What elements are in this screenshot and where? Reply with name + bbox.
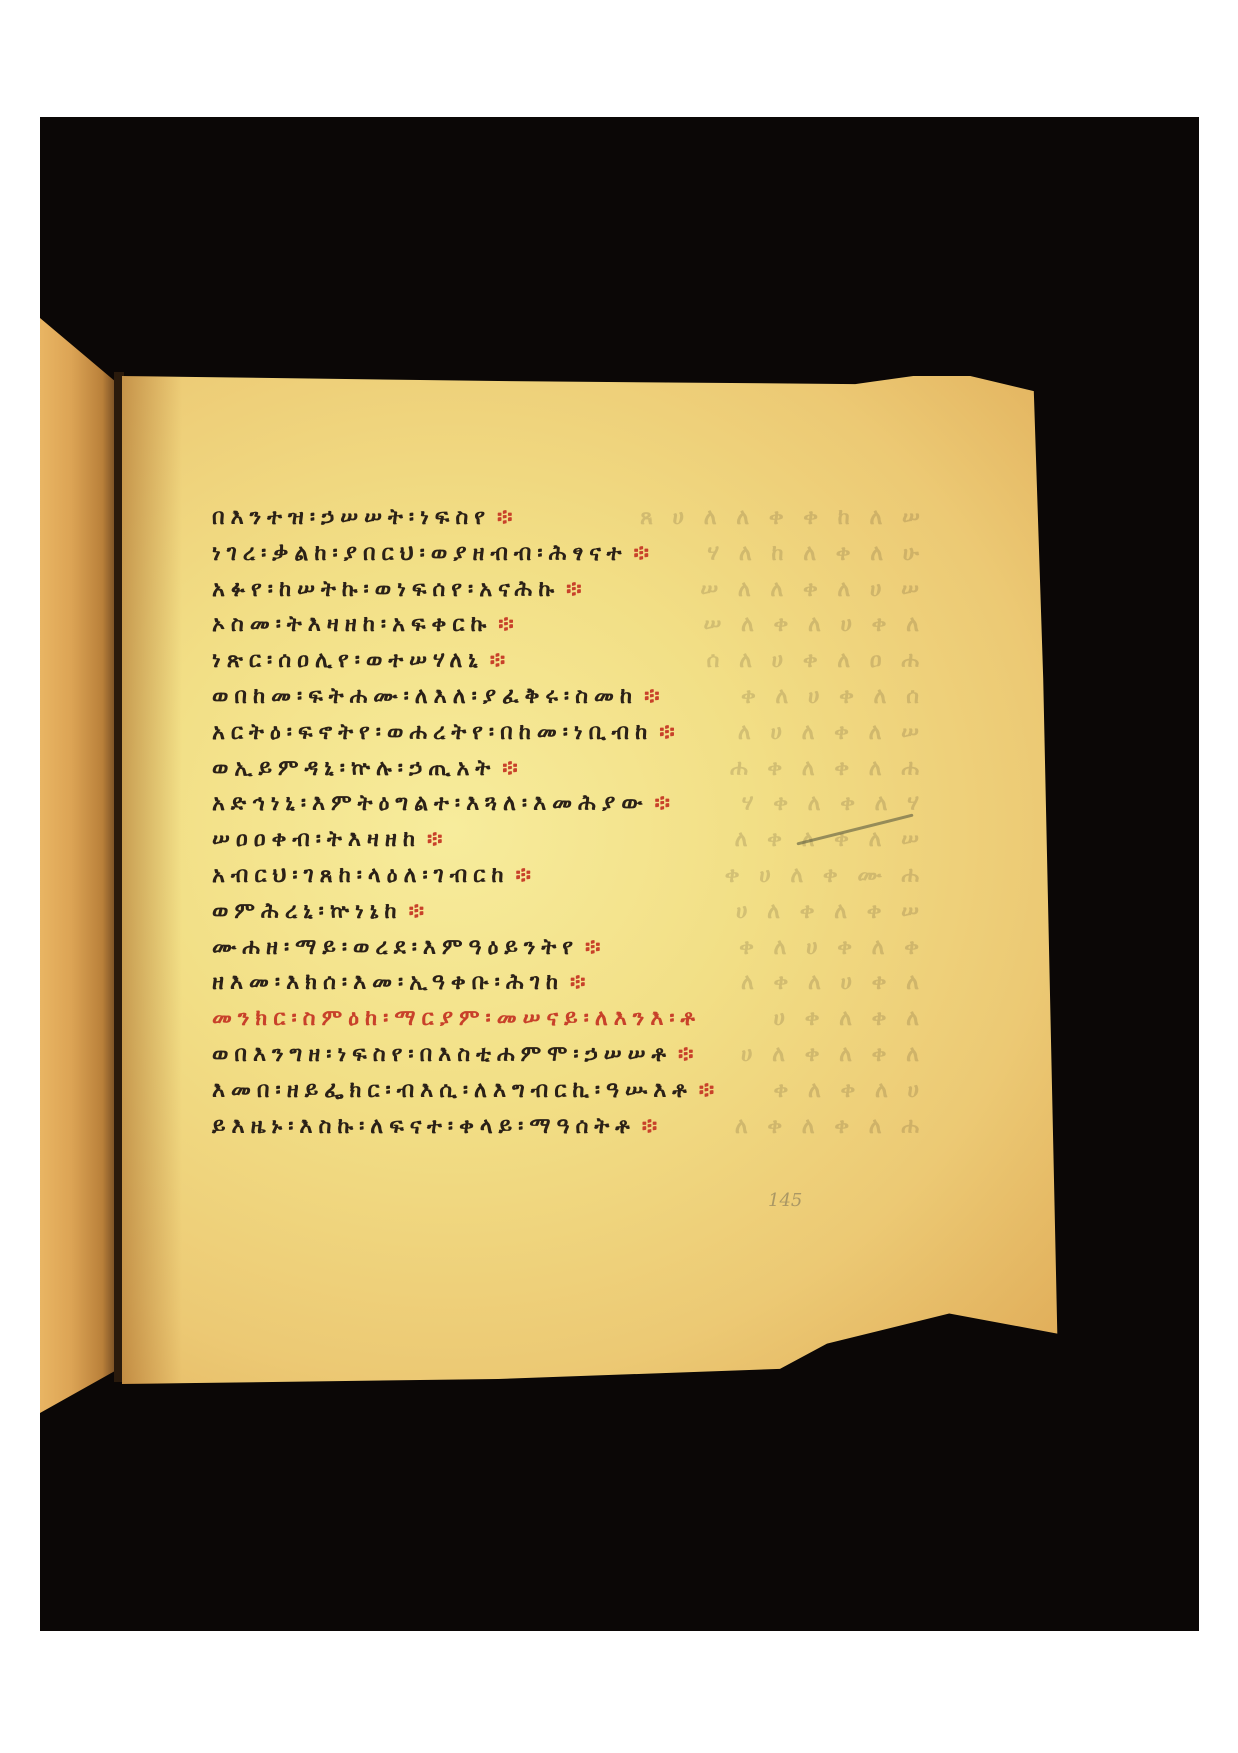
verse-divider-icon: ፨ — [502, 756, 523, 781]
line-text: ነገረ፡ቃልከ፡ያበርህ፡ወያዘብብ፡ሕፃናተ — [212, 541, 627, 566]
text-line: ሠዐዐቀብ፡ትእዛዘከ፨ — [212, 822, 932, 858]
line-text: እመበ፡ዘይፌክር፡ብእሲ፡ለእግብርኪ፡ዓሡእቶ — [212, 1078, 693, 1103]
leaf-gutter-shadow — [122, 376, 182, 1384]
text-line: ወኢይምዳኒ፡ኵሉ፡ኃጢአት፨ — [212, 751, 932, 787]
text-line: ኦስመ፡ትእዛዘከ፡አፍቀርኩ፨ — [212, 607, 932, 643]
line-text: ዘእመ፡እክሰ፡እመ፡ኢዓቀቡ፡ሕገከ — [212, 970, 564, 995]
verse-divider-icon: ፨ — [516, 863, 537, 888]
text-line: ነጽር፡ሰዐሊየ፡ወተሠሃለኒ፨ — [212, 643, 932, 679]
line-text: ነጽር፡ሰዐሊየ፡ወተሠሃለኒ — [212, 648, 484, 673]
verse-divider-icon: ፨ — [654, 791, 675, 816]
verse-divider-icon: ፨ — [644, 684, 665, 709]
verse-divider-icon: ፨ — [659, 720, 680, 745]
text-line: ሙሐዘ፡ማይ፡ወረደ፡እምዓዕይንትየ፨ — [212, 930, 932, 966]
verse-divider-icon: ፨ — [633, 541, 654, 566]
text-line: አፉየ፡ከሠትኩ፡ወነፍሰየ፡አናሕኩ፨ — [212, 572, 932, 608]
line-text: ይእዜኑ፡እስኩ፡ለፍናተ፡ቀላይ፡ማዓሰትቶ — [212, 1114, 636, 1139]
line-text: ወኢይምዳኒ፡ኵሉ፡ኃጢአት — [212, 756, 496, 781]
verse-divider-icon: ፨ — [678, 1042, 699, 1067]
text-line: ይእዜኑ፡እስኩ፡ለፍናተ፡ቀላይ፡ማዓሰትቶ፨ — [212, 1109, 932, 1145]
text-line: አርትዕ፡ፍኖትየ፡ወሐረትየ፡በከመ፡ነቢብከ፨ — [212, 715, 932, 751]
line-text: ወምሕረኒ፡ኵነኔከ — [212, 899, 403, 924]
line-text: ኦስመ፡ትእዛዘከ፡አፍቀርኩ — [212, 612, 492, 637]
line-text: ወበእንግዘ፡ነፍስየ፡በእስቲሐምሞ፡ኃሠሠቶ — [212, 1042, 672, 1067]
line-text: ሠዐዐቀብ፡ትእዛዘከ — [212, 827, 421, 852]
text-line: እመበ፡ዘይፌክር፡ብእሲ፡ለእግብርኪ፡ዓሡእቶ፨ — [212, 1073, 932, 1109]
line-text: አብርህ፡ገጸከ፡ላዕለ፡ገብርከ — [212, 863, 510, 888]
line-text: መንክር፡ስምዕከ፡ማርያም፡መሠናይ፡ለእንእ፡ቶ — [212, 1006, 701, 1031]
folio-number: 145 — [768, 1190, 802, 1211]
text-line: ወበእንግዘ፡ነፍስየ፡በእስቲሐምሞ፡ኃሠሠቶ፨ — [212, 1037, 932, 1073]
verse-divider-icon: ፨ — [490, 648, 511, 673]
line-text: ሙሐዘ፡ማይ፡ወረደ፡እምዓዕይንትየ — [212, 935, 579, 960]
line-text: አድኅነኒ፡እምትዕግልተ፡እጓለ፡እመሕያው — [212, 791, 648, 816]
line-text: አፉየ፡ከሠትኩ፡ወነፍሰየ፡አናሕኩ — [212, 577, 560, 602]
verse-divider-icon: ፨ — [497, 505, 518, 530]
facing-page-edge — [40, 318, 118, 1413]
verse-divider-icon: ፨ — [642, 1114, 663, 1139]
line-text: ወበከመ፡ፍትሐሙ፡ለእለ፡ያፈቅሩ፡ስመከ — [212, 684, 638, 709]
text-line: ወምሕረኒ፡ኵነኔከ፨ — [212, 894, 932, 930]
text-line: በእንተዝ፡ኃሠሠት፡ነፍስየ፨ — [212, 500, 932, 536]
line-text: በእንተዝ፡ኃሠሠት፡ነፍስየ — [212, 505, 491, 530]
text-line: ወበከመ፡ፍትሐሙ፡ለእለ፡ያፈቅሩ፡ስመከ፨ — [212, 679, 932, 715]
verse-divider-icon: ፨ — [570, 970, 591, 995]
verse-divider-icon: ፨ — [585, 935, 606, 960]
rubric-line: መንክር፡ስምዕከ፡ማርያም፡መሠናይ፡ለእንእ፡ቶ — [212, 1001, 932, 1037]
line-text: አርትዕ፡ፍኖትየ፡ወሐረትየ፡በከመ፡ነቢብከ — [212, 720, 653, 745]
verse-divider-icon: ፨ — [498, 612, 519, 637]
manuscript-text: በእንተዝ፡ኃሠሠት፡ነፍስየ፨ ነገረ፡ቃልከ፡ያበርህ፡ወያዘብብ፡ሕፃናተ… — [212, 500, 932, 1144]
text-line: ዘእመ፡እክሰ፡እመ፡ኢዓቀቡ፡ሕገከ፨ — [212, 965, 932, 1001]
verse-divider-icon: ፨ — [409, 899, 430, 924]
verse-divider-icon: ፨ — [699, 1078, 720, 1103]
verse-divider-icon: ፨ — [566, 577, 587, 602]
text-line: አድኅነኒ፡እምትዕግልተ፡እጓለ፡እመሕያው፨ — [212, 786, 932, 822]
text-line: ነገረ፡ቃልከ፡ያበርህ፡ወያዘብብ፡ሕፃናተ፨ — [212, 536, 932, 572]
verse-divider-icon: ፨ — [427, 827, 448, 852]
text-line: አብርህ፡ገጸከ፡ላዕለ፡ገብርከ፨ — [212, 858, 932, 894]
